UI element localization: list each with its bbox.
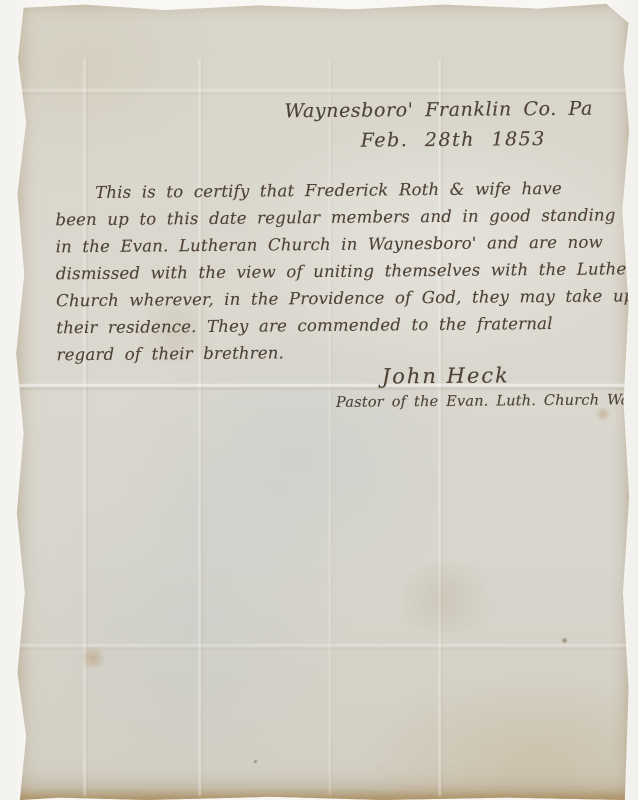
handwriting-layer: Waynesboro' Franklin Co. Pa Feb. 28th 18… xyxy=(7,0,635,800)
body-line: regard of their brethren. xyxy=(56,336,638,368)
letter-body: This is to certify that Frederick Roth &… xyxy=(55,174,638,368)
letter-paper: Waynesboro' Franklin Co. Pa Feb. 28th 18… xyxy=(10,3,631,800)
signature-title: Pastor of the Evan. Luth. Church Waynesb… xyxy=(336,391,638,410)
scanned-letter-background: Waynesboro' Franklin Co. Pa Feb. 28th 18… xyxy=(0,0,638,800)
body-line: their residence. They are commended to t… xyxy=(56,309,638,341)
aged-left-edge xyxy=(10,3,17,800)
date-line: Feb. 28th 1853 xyxy=(361,128,546,152)
signature: John Heck xyxy=(382,363,510,388)
place-date-line: Waynesboro' Franklin Co. Pa xyxy=(284,98,593,123)
